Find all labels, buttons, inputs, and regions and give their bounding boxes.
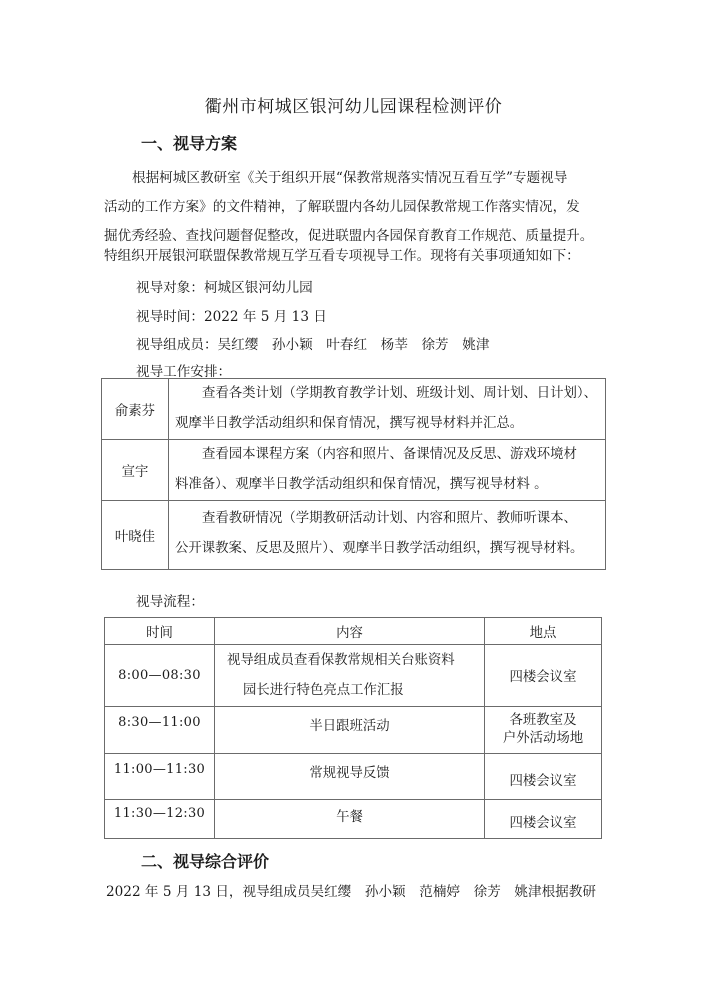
task-line: 查看教研情况（学期教研活动计划、内容和照片、教师听课本、 — [202, 511, 577, 526]
arrangement-label: 视导工作安排： — [136, 360, 231, 380]
cell-content: 常规视导反馈 — [215, 754, 485, 800]
arrangement-row: 叶晓佳 查看教研情况（学期教研活动计划、内容和照片、教师听课本、 公开课教案、反… — [102, 501, 606, 570]
inspection-target: 视导对象：柯城区银河幼儿园 — [136, 276, 313, 296]
document-title: 衢州市柯城区银河幼儿园课程检测评价 — [0, 92, 707, 117]
cell-content: 半日跟班活动 — [215, 707, 485, 754]
content-line: 园长进行特色亮点工作汇报 — [227, 676, 484, 706]
staff-name: 宣宇 — [102, 440, 169, 501]
intro-line: 特组织开展银河联盟保教常规互学互看专项视导工作。现将有关事项通知如下： — [104, 242, 580, 271]
arrangement-row: 俞素芬 查看各类计划（学期教育教学计划、班级计划、周计划、日计划）、 观摩半日教… — [102, 379, 606, 440]
cell-time: 11:00—11:30 — [105, 754, 215, 800]
header-location: 地点 — [485, 618, 602, 645]
cell-content: 午餐 — [215, 800, 485, 839]
location-line: 户外活动场地 — [485, 730, 601, 748]
staff-task: 查看各类计划（学期教育教学计划、班级计划、周计划、日计划）、 观摩半日教学活动组… — [169, 379, 606, 440]
staff-task: 查看教研情况（学期教研活动计划、内容和照片、教师听课本、 公开课教案、反思及照片… — [169, 501, 606, 570]
cell-time: 8:00—08:30 — [105, 645, 215, 707]
task-line: 查看园本课程方案（内容和照片、备课情况及反思、游戏环境材 — [202, 447, 577, 462]
header-time: 时间 — [105, 618, 215, 645]
inspection-members: 视导组成员：吴红缨 孙小颖 叶春红 杨莘 徐芳 姚津 — [136, 333, 489, 353]
cell-location: 四楼会议室 — [485, 645, 602, 707]
cell-location: 各班教室及 户外活动场地 — [485, 707, 602, 754]
cell-content: 视导组成员查看保教常规相关台账资料 园长进行特色亮点工作汇报 — [215, 645, 485, 707]
section-heading-evaluation: 二、视导综合评价 — [141, 849, 269, 872]
task-line: 公开课教案、反思及照片）、观摩半日教学活动组织，撰写视导材料。 — [175, 534, 601, 564]
table-row: 11:00—11:30 常规视导反馈 四楼会议室 — [105, 754, 602, 800]
table-row: 8:00—08:30 视导组成员查看保教常规相关台账资料 园长进行特色亮点工作汇… — [105, 645, 602, 707]
intro-line: 活动的工作方案》的文件精神，了解联盟内各幼儿园保教常规工作落实情况，发 — [104, 193, 580, 222]
arrangement-row: 宣宇 查看园本课程方案（内容和照片、备课情况及反思、游戏环境材 料准备）、观摩半… — [102, 440, 606, 501]
table-header-row: 时间 内容 地点 — [105, 618, 602, 645]
inspection-time: 视导时间：2022 年 5 月 13 日 — [136, 305, 327, 325]
table-row: 8:30—11:00 半日跟班活动 各班教室及 户外活动场地 — [105, 707, 602, 754]
task-line: 查看各类计划（学期教育教学计划、班级计划、周计划、日计划）、 — [202, 386, 597, 401]
arrangement-table: 俞素芬 查看各类计划（学期教育教学计划、班级计划、周计划、日计划）、 观摩半日教… — [101, 378, 606, 570]
task-line: 料准备）、观摩半日教学活动组织和保育情况，撰写视导材料 。 — [175, 470, 601, 500]
staff-name: 俞素芬 — [102, 379, 169, 440]
staff-task: 查看园本课程方案（内容和照片、备课情况及反思、游戏环境材 料准备）、观摩半日教学… — [169, 440, 606, 501]
location-line: 各班教室及 — [485, 712, 601, 730]
process-table: 时间 内容 地点 8:00—08:30 视导组成员查看保教常规相关台账资料 园长… — [104, 617, 602, 839]
header-content: 内容 — [215, 618, 485, 645]
evaluation-first-line: 2022 年 5 月 13 日，视导组成员吴红缨 孙小颖 范楠婷 徐芳 姚津根据… — [106, 880, 596, 900]
cell-time: 8:30—11:00 — [105, 707, 215, 754]
process-label: 视导流程： — [136, 590, 204, 610]
content-line: 视导组成员查看保教常规相关台账资料 — [227, 646, 484, 676]
staff-name: 叶晓佳 — [102, 501, 169, 570]
intro-line: 根据柯城区教研室《关于组织开展“保教常规落实情况互看互学”专题视导 — [132, 164, 567, 193]
cell-location: 四楼会议室 — [485, 754, 602, 800]
table-row: 11:30—12:30 午餐 四楼会议室 — [105, 800, 602, 839]
cell-time: 11:30—12:30 — [105, 800, 215, 839]
section-heading-plan: 一、视导方案 — [141, 131, 237, 154]
task-line: 观摩半日教学活动组织和保育情况，撰写视导材料并汇总。 — [175, 409, 601, 439]
cell-location: 四楼会议室 — [485, 800, 602, 839]
